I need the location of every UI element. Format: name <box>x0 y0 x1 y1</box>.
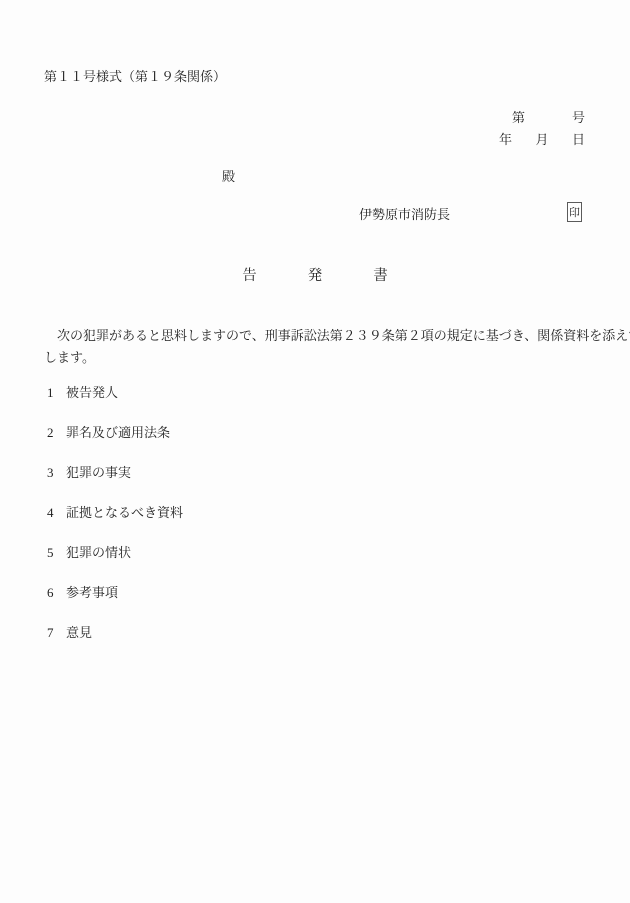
item-label: 参考事項 <box>66 586 118 600</box>
body-paragraph-line-1: 次の犯罪があると思料しますので、刑事訴訟法第２３９条第２項の規定に基づき、関係資… <box>44 327 614 349</box>
item-label: 犯罪の情状 <box>66 546 131 560</box>
document-title: 告 発 書 <box>0 264 630 285</box>
date-day-label: 日 <box>572 129 585 148</box>
date-year-label: 年 <box>499 129 512 148</box>
item-number: 4 <box>47 506 66 520</box>
doc-number-suffix: 号 <box>572 107 585 126</box>
item-label: 被告発人 <box>66 386 118 400</box>
item-label: 意見 <box>66 626 92 640</box>
addressee-honorific: 殿 <box>222 166 235 185</box>
list-item: 6 参考事項 <box>47 586 183 600</box>
sender-name: 伊勢原市消防長 <box>359 204 450 223</box>
title-char-3: 書 <box>373 264 388 285</box>
item-label: 証拠となるべき資料 <box>66 506 183 520</box>
list-item: 2 罪名及び適用法条 <box>47 426 183 440</box>
title-char-2: 発 <box>308 264 323 285</box>
body-paragraph: 次の犯罪があると思料しますので、刑事訴訟法第２３９条第２項の規定に基づき、関係資… <box>44 327 614 371</box>
list-item: 5 犯罪の情状 <box>47 546 183 560</box>
list-item: 4 証拠となるべき資料 <box>47 506 183 520</box>
item-number: 3 <box>47 466 66 480</box>
document-number-line: 第 号 <box>512 107 585 126</box>
numbered-item-list: 1 被告発人 2 罪名及び適用法条 3 犯罪の事実 4 証拠となるべき資料 5 … <box>47 386 183 666</box>
title-char-1: 告 <box>242 264 257 285</box>
form-number-label: 第１１号様式（第１９条関係） <box>44 66 226 85</box>
item-number: 5 <box>47 546 66 560</box>
item-number: 6 <box>47 586 66 600</box>
seal-placeholder-label: 印 <box>569 204 580 220</box>
list-item: 1 被告発人 <box>47 386 183 400</box>
doc-number-prefix: 第 <box>512 107 525 126</box>
date-month-label: 月 <box>535 129 548 148</box>
list-item: 3 犯罪の事実 <box>47 466 183 480</box>
item-number: 1 <box>47 386 66 400</box>
item-label: 犯罪の事実 <box>66 466 131 480</box>
accusation-form-page: 第１１号様式（第１９条関係） 第 号 年 月 日 殿 伊勢原市消防長 印 告 発… <box>0 0 630 903</box>
item-number: 2 <box>47 426 66 440</box>
body-paragraph-line-2: します。 <box>44 349 614 371</box>
date-line: 年 月 日 <box>499 129 585 148</box>
item-label: 罪名及び適用法条 <box>66 426 170 440</box>
item-number: 7 <box>47 626 66 640</box>
seal-box: 印 <box>567 202 582 222</box>
list-item: 7 意見 <box>47 626 183 640</box>
